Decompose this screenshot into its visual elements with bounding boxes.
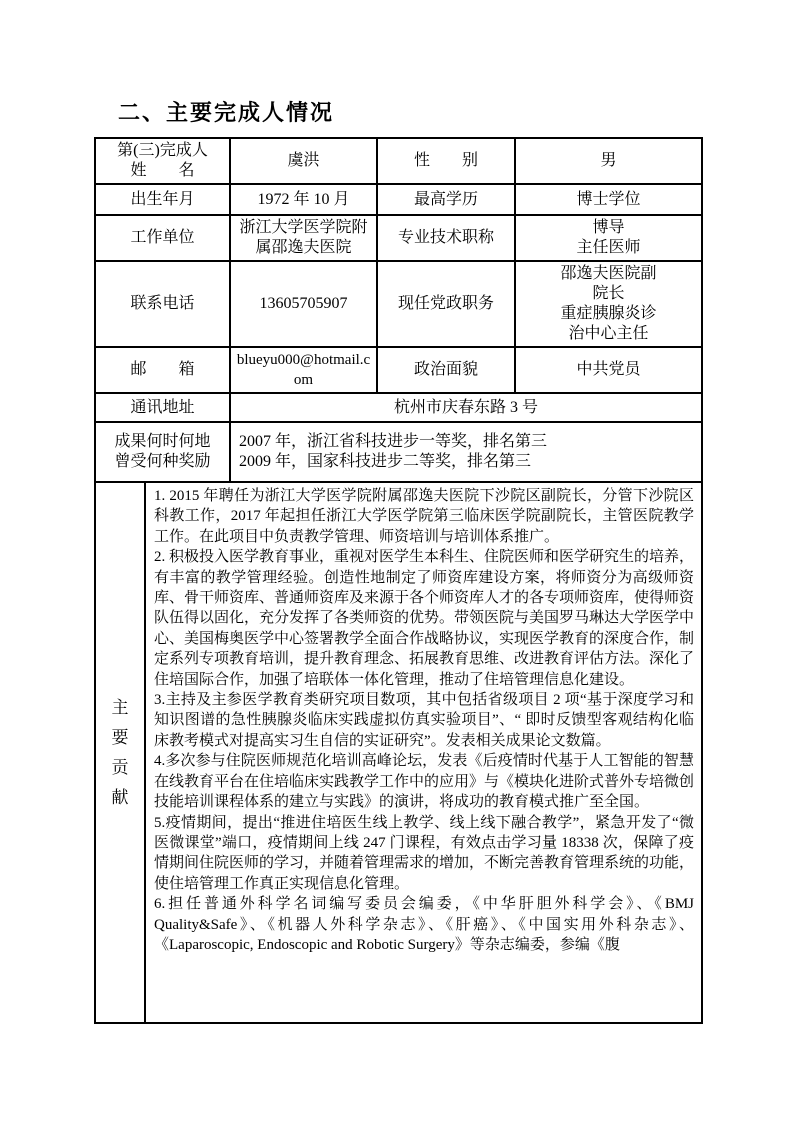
field-value-main-contributions: 1. 2015 年聘任为浙江大学医学院附属邵逸夫医院下沙院区副院长，分管下沙院区… xyxy=(145,482,702,1023)
contribution-paragraph: 6.担任普通外科学名词编写委员会编委，《中华肝胆外科学会》、《BMJ Quali… xyxy=(154,894,694,955)
field-value-work-unit: 浙江大学医学院附属邵逸夫医院 xyxy=(230,215,377,261)
table-row: 出生年月 1972 年 10 月 最高学历 博士学位 xyxy=(95,184,702,215)
table-row: 联系电话 13605705907 现任党政职务 邵逸夫医院副 院长 重症胰腺炎诊… xyxy=(95,261,702,347)
field-value-highest-degree: 博士学位 xyxy=(515,184,702,215)
page-title: 二、主要完成人情况 xyxy=(118,96,334,127)
field-label-current-position: 现任党政职务 xyxy=(377,261,515,347)
field-value-professional-title: 博导 主任医师 xyxy=(515,215,702,261)
field-label-professional-title: 专业技术职称 xyxy=(377,215,515,261)
field-value-mailing-address: 杭州市庆春东路 3 号 xyxy=(230,393,702,422)
table-row: 工作单位 浙江大学医学院附属邵逸夫医院 专业技术职称 博导 主任医师 xyxy=(95,215,702,261)
field-label-gender: 性 别 xyxy=(377,138,515,184)
field-value-awards: 2007 年，浙江省科技进步一等奖，排名第三 2009 年，国家科技进步二等奖，… xyxy=(230,422,702,482)
contribution-paragraph: 2. 积极投入医学教育事业，重视对医学生本科生、住院医师和医学研究生的培养，有丰… xyxy=(154,547,694,690)
table-row: 通讯地址 杭州市庆春东路 3 号 xyxy=(95,393,702,422)
contribution-paragraph: 5.疫情期间，提出“推进住培医生线上教学、线上线下融合教学”，紧急开发了“微医微… xyxy=(154,813,694,895)
table-row: 成果何时何地 曾受何种奖励 2007 年，浙江省科技进步一等奖，排名第三 200… xyxy=(95,422,702,482)
completer-info-table: 第(三)完成人 姓 名 虞洪 性 别 男 出生年月 1972 年 10 月 最高… xyxy=(94,137,703,1024)
field-label-mailing-address: 通讯地址 xyxy=(95,393,230,422)
field-value-email: blueyu000@hotmail.com xyxy=(230,347,377,393)
field-label-email: 邮 箱 xyxy=(95,347,230,393)
table-row: 主 要 贡 献 1. 2015 年聘任为浙江大学医学院附属邵逸夫医院下沙院区副院… xyxy=(95,482,702,1023)
field-label-work-unit: 工作单位 xyxy=(95,215,230,261)
contribution-paragraph: 3.主持及主参医学教育类研究项目数项，其中包括省级项目 2 项“基于深度学习和知… xyxy=(154,690,694,751)
field-value-current-position: 邵逸夫医院副 院长 重症胰腺炎诊 治中心主任 xyxy=(515,261,702,347)
contribution-paragraph: 4.多次参与住院医师规范化培训高峰论坛，发表《后疫情时代基于人工智能的智慧在线教… xyxy=(154,751,694,812)
table-row: 第(三)完成人 姓 名 虞洪 性 别 男 xyxy=(95,138,702,184)
field-label-awards: 成果何时何地 曾受何种奖励 xyxy=(95,422,230,482)
field-label-main-contributions: 主 要 贡 献 xyxy=(95,482,145,1023)
table-row: 邮 箱 blueyu000@hotmail.com 政治面貌 中共党员 xyxy=(95,347,702,393)
field-label-phone: 联系电话 xyxy=(95,261,230,347)
field-label-birthdate: 出生年月 xyxy=(95,184,230,215)
contribution-paragraph: 1. 2015 年聘任为浙江大学医学院附属邵逸夫医院下沙院区副院长，分管下沙院区… xyxy=(154,486,694,547)
field-value-gender: 男 xyxy=(515,138,702,184)
field-value-birthdate: 1972 年 10 月 xyxy=(230,184,377,215)
field-value-phone: 13605705907 xyxy=(230,261,377,347)
field-label-completer-name: 第(三)完成人 姓 名 xyxy=(95,138,230,184)
field-value-political-status: 中共党员 xyxy=(515,347,702,393)
field-label-political-status: 政治面貌 xyxy=(377,347,515,393)
field-label-highest-degree: 最高学历 xyxy=(377,184,515,215)
field-value-name: 虞洪 xyxy=(230,138,377,184)
